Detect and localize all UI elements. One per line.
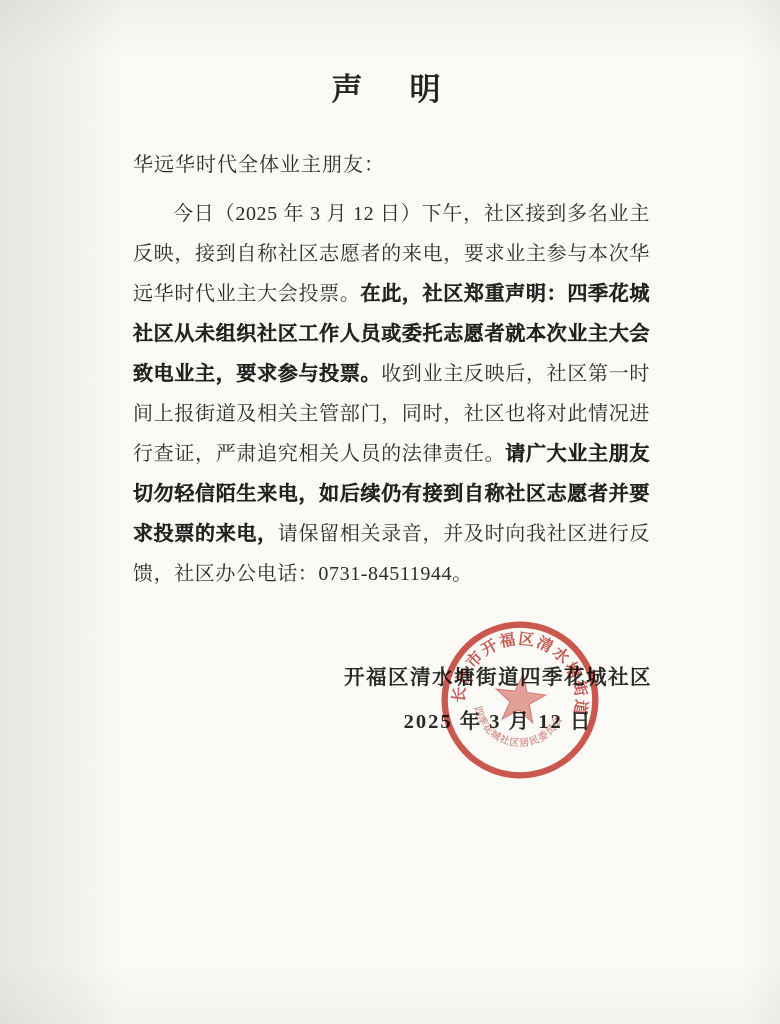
signature-block: 开福区清水塘街道四季花城社区 2025 年 3 月 12 日	[344, 658, 652, 742]
salutation-line: 华远华时代全体业主朋友：	[133, 150, 385, 180]
document-title: 声 明	[0, 64, 780, 109]
document-page: 声 明 华远华时代全体业主朋友： 今日（2025 年 3 月 12 日）下午，社…	[0, 0, 780, 1024]
body-paragraph: 今日（2025 年 3 月 12 日）下午，社区接到多名业主反映，接到自称社区志…	[133, 194, 650, 594]
signature-organization: 开福区清水塘街道四季花城社区	[344, 658, 652, 698]
signature-date: 2025 年 3 月 12 日	[404, 702, 593, 742]
